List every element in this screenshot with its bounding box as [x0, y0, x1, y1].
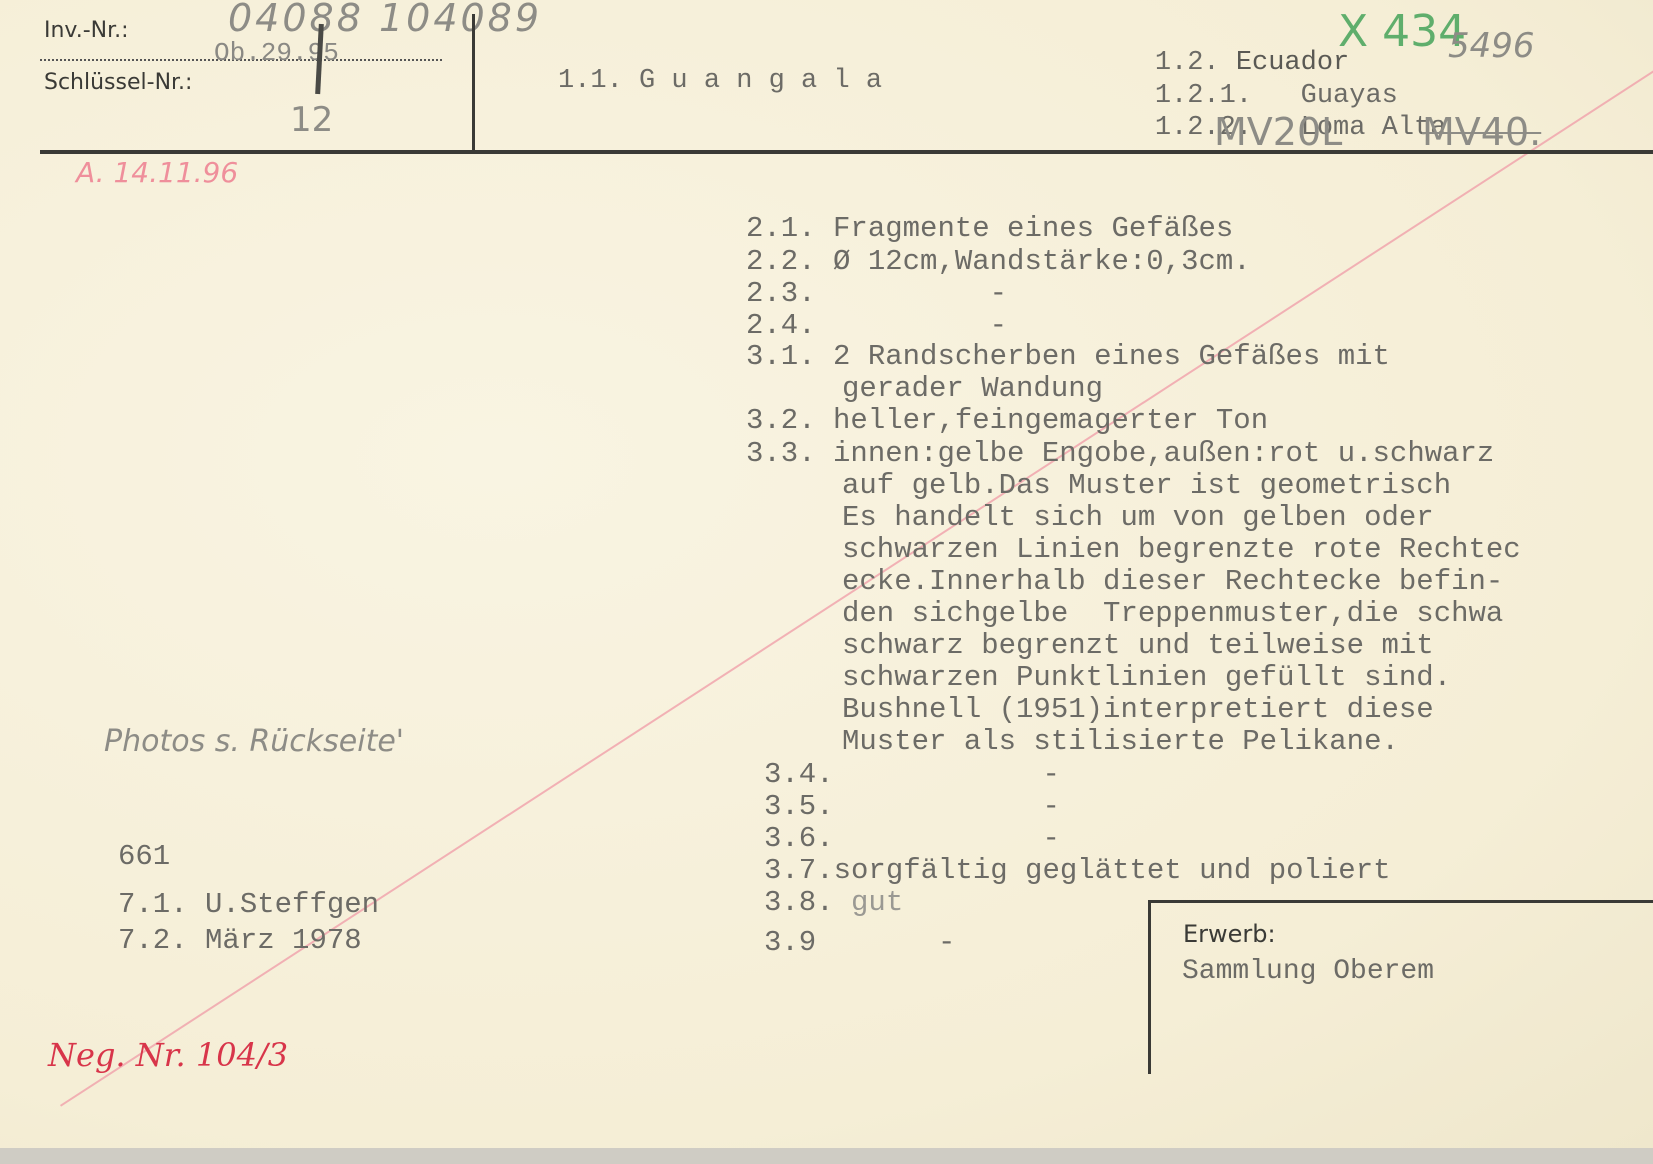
schluessel-nr-label: Schlüssel-Nr.:	[44, 70, 192, 95]
item-text: -	[938, 926, 955, 959]
desc-3-3-cont: Muster als stilisierte Pelikane.	[842, 725, 1399, 758]
desc-3-3-cont: schwarzen Punktlinien gefüllt sind.	[842, 661, 1451, 694]
item-num: 7.2.	[118, 924, 188, 957]
desc-3-5: 3.5. -	[764, 790, 1060, 823]
acquisition-box-top	[1148, 900, 1653, 903]
desc-3-3-cont: auf gelb.Das Muster ist geometrisch	[842, 469, 1451, 502]
author-name: U.Steffgen	[205, 888, 379, 921]
desc-2-4: 2.4. -	[746, 309, 1007, 342]
site-code-2-struck: MV40.	[1422, 110, 1541, 154]
item-num: 3.2.	[746, 404, 816, 437]
item-num: 3.4.	[764, 758, 834, 791]
item-num: 3.7.	[764, 854, 834, 887]
inv-nr-handwritten: 04088 104089	[228, 0, 542, 40]
item-text: gut	[851, 886, 903, 919]
schluessel-nr-value: 12	[290, 100, 333, 140]
item-text: Ø 12cm,Wandstärke:0,3cm.	[833, 245, 1251, 278]
item-num: 2.4.	[746, 309, 816, 342]
item-text: -	[990, 309, 1007, 342]
desc-3-3-cont: schwarzen Linien begrenzte rote Rechtec	[842, 533, 1521, 566]
desc-3-3-cont: den sichgelbe Treppenmuster,die schwa	[842, 597, 1503, 630]
header-rule	[40, 150, 1653, 154]
desc-3-2: 3.2. heller,feingemagerter Ton	[746, 404, 1268, 437]
desc-3-3: 3.3. innen:gelbe Engobe,außen:rot u.schw…	[746, 437, 1494, 470]
acquisition-value: Sammlung Oberem	[1182, 956, 1434, 987]
item-num: 2.1.	[746, 212, 816, 245]
culture-name: 1.1. G u a n g a l a	[558, 66, 882, 96]
item-text: heller,feingemagerter Ton	[833, 404, 1268, 437]
desc-3-3-cont: ecke.Innerhalb dieser Rechtecke befin-	[842, 565, 1503, 598]
desc-3-6: 3.6. -	[764, 822, 1060, 855]
catalog-card: Inv.-Nr.: Schlüssel-Nr.: 04088 104089 Ob…	[0, 0, 1653, 1148]
acquisition-box-left	[1148, 902, 1151, 1074]
item-num: 3.1.	[746, 340, 816, 373]
item-num: 3.5.	[764, 790, 834, 823]
item-text: innen:gelbe Engobe,außen:rot u.schwarz	[833, 437, 1494, 470]
red-date-note: A. 14.11.96	[76, 156, 238, 189]
item-num: 2.3.	[746, 277, 816, 310]
desc-3-3-cont: Es handelt sich um von gelben oder	[842, 501, 1434, 534]
item-text: -	[1042, 758, 1059, 791]
record-date: März 1978	[205, 924, 362, 957]
desc-3-4: 3.4. -	[764, 758, 1060, 791]
desc-3-1: 3.1. 2 Randscherben eines Gefäßes mit	[746, 340, 1390, 373]
desc-2-1: 2.1. Fragmente eines Gefäßes	[746, 212, 1233, 245]
photos-note: Photos s. Rückseite'	[104, 724, 404, 759]
site-code-1: MV20L	[1214, 110, 1342, 154]
item-text: 2 Randscherben eines Gefäßes mit	[833, 340, 1390, 373]
negative-number: Neg. Nr. 104/3	[48, 1036, 288, 1074]
date-line: 7.2. März 1978	[118, 924, 362, 957]
scan-bottom-edge	[0, 1148, 1653, 1164]
item-text: sorgfältig geglättet und poliert	[834, 854, 1391, 887]
item-text: -	[990, 277, 1007, 310]
desc-3-9: 3.9 -	[764, 926, 955, 959]
desc-2-3: 2.3. -	[746, 277, 1007, 310]
header-divider	[472, 14, 475, 150]
item-num: 2.2.	[746, 245, 816, 278]
acquisition-label: Erwerb:	[1183, 920, 1276, 948]
item-num: 3.8.	[764, 886, 834, 919]
item-text: Fragmente eines Gefäßes	[833, 212, 1233, 245]
item-text: -	[1042, 822, 1059, 855]
inv-nr-label: Inv.-Nr.:	[44, 18, 129, 43]
desc-3-1-cont: gerader Wandung	[842, 372, 1103, 405]
item-num: 3.3.	[746, 437, 816, 470]
desc-3-8: 3.8. gut	[764, 886, 903, 919]
green-annotation: X 434	[1338, 6, 1466, 57]
item-num: 7.1.	[118, 888, 188, 921]
item-num: 3.6.	[764, 822, 834, 855]
pencil-annotation: 5496	[1448, 26, 1535, 66]
item-num: 3.9	[764, 926, 816, 959]
card-number: 661	[118, 840, 170, 873]
desc-3-7: 3.7.sorgfältig geglättet und poliert	[764, 854, 1391, 887]
desc-3-3-cont: Bushnell (1951)interpretiert diese	[842, 693, 1434, 726]
author-line: 7.1. U.Steffgen	[118, 888, 379, 921]
item-text: -	[1042, 790, 1059, 823]
desc-3-3-cont: schwarz begrenzt und teilweise mit	[842, 629, 1434, 662]
desc-2-2: 2.2. Ø 12cm,Wandstärke:0,3cm.	[746, 245, 1251, 278]
